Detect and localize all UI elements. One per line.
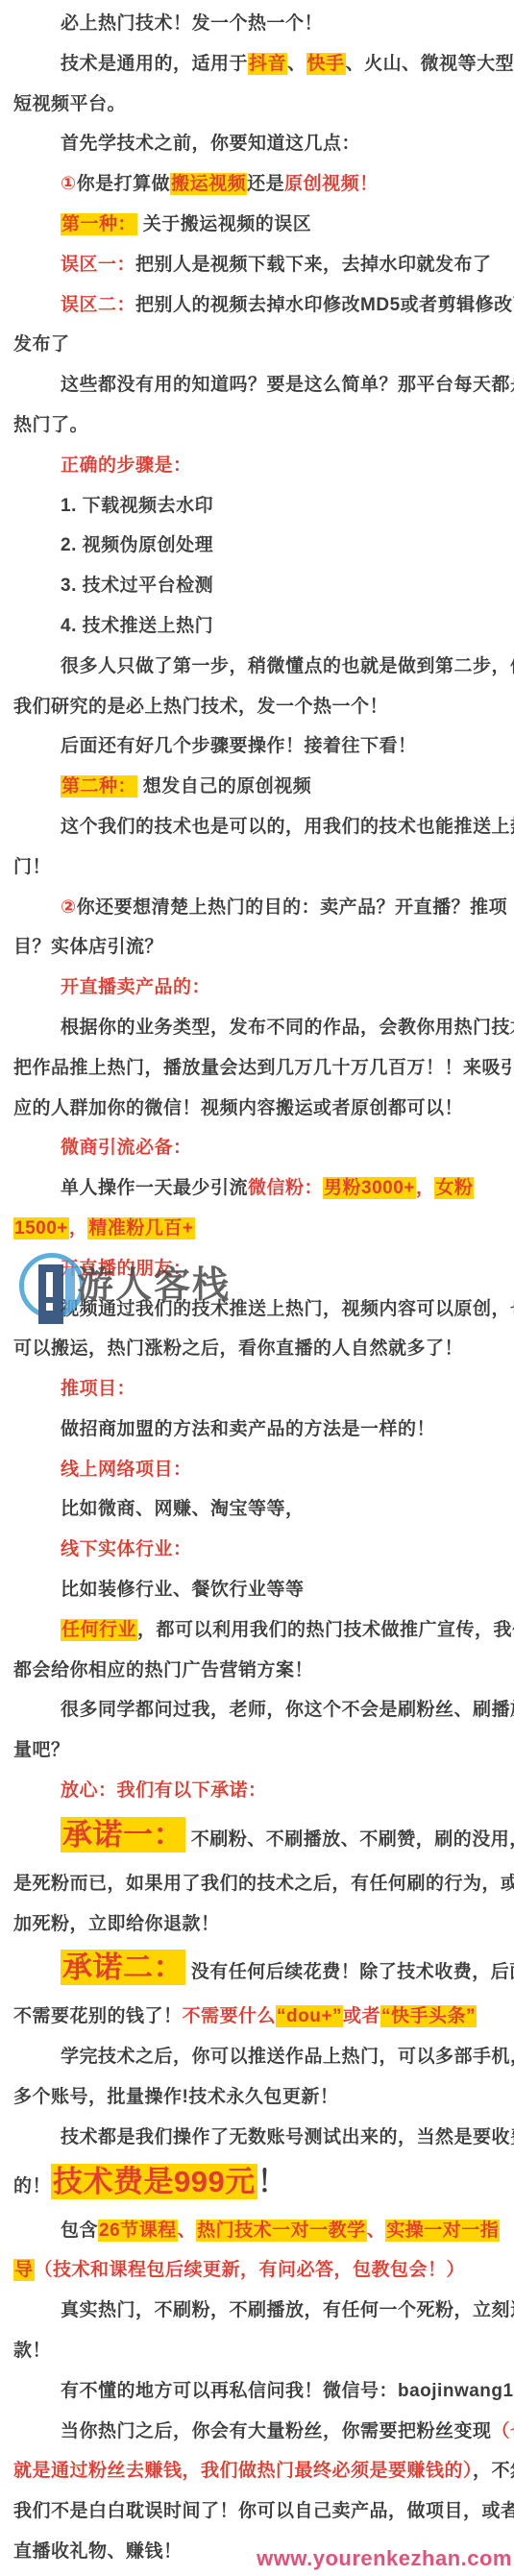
text-segment: 不刷粉、不刷播放、不刷赞，刷的没用，都 bbox=[185, 1829, 514, 1850]
text-line: 我们不是白白耽误时间了！你可以自己卖产品，做项目，或者开 bbox=[0, 2491, 514, 2532]
text-line: 1. 下载视频去水印 bbox=[0, 486, 514, 527]
text-line: 技术是通用的，适用于抖音、快手、火山、微视等大型 bbox=[0, 44, 514, 85]
text-segment: （也 bbox=[492, 2421, 514, 2441]
text-line: 比如装修行业、餐饮行业等等 bbox=[0, 1570, 514, 1610]
text-segment: 技术费是999元 bbox=[51, 2164, 257, 2199]
text-segment: 技术是通用的，适用于 bbox=[61, 54, 248, 74]
text-segment: 、 bbox=[178, 2220, 197, 2241]
text-segment: 短视频平台。 bbox=[13, 94, 126, 114]
text-line: ②你还要想清楚上热门的目的：卖产品？开直播？推项 bbox=[0, 888, 514, 928]
text-line: 我们研究的是必上热门技术，发一个热一个！ bbox=[0, 687, 514, 727]
text-line: 开直播卖产品的： bbox=[0, 968, 514, 1008]
text-segment: 这些都没有用的知道吗？要是这么简单？那平台每天都是 bbox=[61, 375, 514, 395]
text-line: 学完技术之后，你可以推送作品上热门，可以多部手机， bbox=[0, 2037, 514, 2077]
text-segment: 任何行业 bbox=[61, 1619, 137, 1641]
watermark-logo-light-bar-icon bbox=[65, 1268, 75, 1311]
text-segment: （技术和课程包后续更新，有问必答，包教包会！） bbox=[35, 2260, 466, 2280]
text-line: 不需要花别的钱了！不需要什么“dou+”或者“快手头条” bbox=[0, 1997, 514, 2037]
text-segment: 2. 视频伪原创处理 bbox=[61, 535, 213, 555]
text-segment: 的！ bbox=[13, 2176, 51, 2196]
text-segment: 承诺二： bbox=[61, 1950, 185, 1985]
article-page: { "page": {"width": 535, "height": 2681,… bbox=[0, 0, 514, 2576]
text-segment: 量吧？ bbox=[13, 1740, 70, 1760]
text-segment: 直播收礼物、赚钱！ bbox=[13, 2541, 183, 2562]
text-line: 放心：我们有以下承诺： bbox=[0, 1771, 514, 1811]
text-segment: 误区二： bbox=[61, 295, 135, 315]
text-segment: 真实热门，不刷粉，不刷播放，有任何一个死粉，立刻退 bbox=[61, 2300, 514, 2320]
text-line: 就是通过粉丝去赚钱，我们做热门最终必须是要赚钱的），不然 bbox=[0, 2451, 514, 2491]
text-line: 单人操作一天最少引流微信粉：男粉3000+，女粉 bbox=[0, 1168, 514, 1209]
text-segment: 你还要想清楚上热门的目的：卖产品？开直播？推项 bbox=[77, 897, 508, 918]
text-line: 推项目： bbox=[0, 1369, 514, 1410]
text-segment: 不需要花别的钱了！ bbox=[13, 2006, 183, 2026]
text-segment: 根据你的业务类型，发布不同的作品，会教你用热门技术 bbox=[61, 1018, 514, 1038]
text-line: 导（技术和课程包后续更新，有问必答，包教包会！） bbox=[0, 2250, 514, 2291]
text-segment: 第一种： bbox=[61, 213, 137, 235]
text-segment: ， bbox=[69, 1218, 88, 1239]
text-segment: 门！ bbox=[13, 857, 51, 877]
text-segment: 原创视频！ bbox=[284, 174, 379, 194]
watermark-exclamation-dot-icon bbox=[46, 1303, 53, 1311]
text-segment: 承诺一： bbox=[61, 1817, 185, 1852]
text-segment: 把作品推上热门，播放量会达到几万几十万几百万！！来吸引对 bbox=[13, 1058, 514, 1078]
watermark: 游人客栈 bbox=[17, 1247, 267, 1339]
text-segment: 女粉 bbox=[434, 1177, 474, 1199]
text-segment: “快手头条” bbox=[380, 2005, 477, 2027]
text-segment: 误区一： bbox=[61, 255, 135, 275]
text-segment: 抖音 bbox=[248, 53, 287, 75]
text-segment: 可以搬运，热门涨粉之后，看你直播的人自然就多了！ bbox=[13, 1338, 463, 1359]
text-segment: 放心：我们有以下承诺： bbox=[61, 1780, 267, 1801]
text-segment: 精准粉几百+ bbox=[87, 1217, 194, 1239]
text-line: 承诺二： 没有任何后续花费！除了技术收费，后面就 bbox=[0, 1944, 514, 1997]
text-segment: 开直播卖产品的： bbox=[61, 977, 210, 997]
text-segment: 线上网络项目： bbox=[61, 1460, 192, 1480]
text-segment: 没有任何后续花费！除了技术收费，后面就 bbox=[185, 1962, 514, 1982]
text-line: 多个账号，批量操作!技术永久包更新！ bbox=[0, 2077, 514, 2118]
text-segment: 快手 bbox=[306, 53, 346, 75]
text-segment: 线下实体行业： bbox=[61, 1539, 192, 1559]
text-segment: 这个我们的技术也是可以的，用我们的技术也能推送上热 bbox=[61, 817, 514, 837]
text-line: 发布了 bbox=[0, 325, 514, 365]
text-line: 很多人只做了第一步，稍微懂点的也就是做到第二步，但 bbox=[0, 647, 514, 687]
text-segment: 把别人是视频下载下来，去掉水印就发布了 bbox=[135, 255, 492, 275]
text-line: 根据你的业务类型，发布不同的作品，会教你用热门技术 bbox=[0, 1008, 514, 1048]
text-segment: “dou+” bbox=[276, 2005, 343, 2027]
text-segment: 首先学技术之前，你要知道这几点： bbox=[61, 134, 360, 154]
text-line: 线下实体行业： bbox=[0, 1530, 514, 1570]
text-segment: 多个账号，批量操作!技术永久包更新！ bbox=[13, 2087, 338, 2107]
text-line: 是死粉而已，如果用了我们的技术之后，有任何刷的行为，或者 bbox=[0, 1864, 514, 1904]
text-line: 把作品推上热门，播放量会达到几万几十万几百万！！来吸引对 bbox=[0, 1048, 514, 1089]
text-line: 4. 技术推送上热门 bbox=[0, 606, 514, 647]
text-segment: 当你热门之后，你会有大量粉丝，你需要把粉丝变现 bbox=[61, 2421, 492, 2441]
text-segment: 1. 下载视频去水印 bbox=[61, 496, 213, 516]
text-segment: 技术都是我们操作了无数账号测试出来的，当然是要收费 bbox=[61, 2127, 514, 2147]
text-line: 量吧？ bbox=[0, 1730, 514, 1771]
text-line: 款！ bbox=[0, 2331, 514, 2371]
text-segment: 加死粉，立即给你退款！ bbox=[13, 1914, 220, 1934]
text-line: 后面还有好几个步骤要操作！接着往下看！ bbox=[0, 726, 514, 767]
text-line: 做招商加盟的方法和卖产品的方法是一样的！ bbox=[0, 1410, 514, 1450]
text-segment: 很多同学都问过我，老师，你这个不会是刷粉丝、刷播放 bbox=[61, 1700, 514, 1720]
text-segment: 比如装修行业、餐饮行业等等 bbox=[61, 1580, 305, 1600]
text-segment: 微信粉： bbox=[248, 1178, 323, 1198]
text-segment: 关于搬运视频的误区 bbox=[137, 214, 311, 234]
watermark-exclamation-icon bbox=[46, 1272, 53, 1297]
text-segment: 、 bbox=[287, 54, 306, 74]
text-segment: 想发自己的原创视频 bbox=[137, 776, 311, 797]
text-line: 热门了。 bbox=[0, 405, 514, 446]
text-line: ①你是打算做搬运视频还是原创视频！ bbox=[0, 164, 514, 205]
text-line: 短视频平台。 bbox=[0, 85, 514, 125]
text-segment: ， bbox=[416, 1178, 435, 1198]
text-segment: 很多人只做了第一步，稍微懂点的也就是做到第二步，但 bbox=[61, 656, 514, 676]
text-line: 比如微商、网赚、淘宝等等， bbox=[0, 1489, 514, 1530]
text-segment: ！ bbox=[257, 2165, 288, 2198]
watermark-text: 游人客栈 bbox=[77, 1255, 231, 1308]
text-segment: 男粉3000+ bbox=[323, 1177, 416, 1199]
text-segment: 款！ bbox=[13, 2341, 51, 2361]
text-segment: 微商引流必备： bbox=[61, 1138, 192, 1158]
text-line: 真实热门，不刷粉，不刷播放，有任何一个死粉，立刻退 bbox=[0, 2291, 514, 2331]
text-segment: 必上热门技术！发一个热一个！ bbox=[61, 13, 323, 34]
text-line: 微商引流必备： bbox=[0, 1128, 514, 1168]
text-segment: 包含 bbox=[61, 2220, 98, 2241]
text-segment: 实操一对一指 bbox=[385, 2220, 500, 2242]
text-segment: 把别人的视频去掉水印修改MD5或者剪辑修改下就 bbox=[135, 295, 514, 315]
text-segment: ① bbox=[61, 174, 77, 194]
text-segment: 发布了 bbox=[13, 334, 70, 355]
text-line: 必上热门技术！发一个热一个！ bbox=[0, 4, 514, 44]
footer-website-url: www.yourenkezhan.com bbox=[257, 2546, 512, 2571]
text-segment: 目？实体店引流？ bbox=[13, 937, 163, 957]
text-segment: 热门技术一对一教学 bbox=[196, 2220, 367, 2242]
text-line: 正确的步骤是： bbox=[0, 446, 514, 486]
text-line: 目？实体店引流？ bbox=[0, 927, 514, 968]
text-segment: 我们不是白白耽误时间了！你可以自己卖产品，做项目，或者开 bbox=[13, 2501, 514, 2521]
text-segment: 比如微商、网赚、淘宝等等， bbox=[61, 1499, 305, 1519]
text-line: 承诺一： 不刷粉、不刷播放、不刷赞，刷的没用，都 bbox=[0, 1811, 514, 1864]
text-segment: 26节课程 bbox=[98, 2220, 178, 2242]
text-segment: ，不然 bbox=[473, 2461, 514, 2481]
text-segment: 就是通过粉丝去赚钱，我们做热门最终必须是要赚钱的） bbox=[13, 2461, 473, 2481]
text-line: 有不懂的地方可以再私信问我！微信号：baojinwang120 bbox=[0, 2371, 514, 2412]
text-segment: 不需要什么 bbox=[183, 2006, 277, 2026]
text-segment: 4. 技术推送上热门 bbox=[61, 616, 213, 636]
text-line: 2. 视频伪原创处理 bbox=[0, 526, 514, 566]
text-segment: 做招商加盟的方法和卖产品的方法是一样的！ bbox=[61, 1419, 435, 1439]
text-segment: 是死粉而已，如果用了我们的技术之后，有任何刷的行为，或者 bbox=[13, 1874, 514, 1894]
text-segment: 有不懂的地方可以再私信问我！微信号：baojinwang120 bbox=[61, 2381, 514, 2401]
text-line: 包含26节课程、热门技术一对一教学、实操一对一指 bbox=[0, 2211, 514, 2251]
text-segment: 我们研究的是必上热门技术，发一个热一个！ bbox=[13, 697, 388, 717]
text-line: 都会给你相应的热门广告营销方案！ bbox=[0, 1651, 514, 1691]
text-line: 首先学技术之前，你要知道这几点： bbox=[0, 124, 514, 164]
text-segment: 都会给你相应的热门广告营销方案！ bbox=[13, 1660, 313, 1681]
text-line: 当你热门之后，你会有大量粉丝，你需要把粉丝变现（也 bbox=[0, 2412, 514, 2452]
text-line: 技术都是我们操作了无数账号测试出来的，当然是要收费 bbox=[0, 2118, 514, 2158]
text-segment: 第二种： bbox=[61, 775, 137, 797]
text-segment: 或者 bbox=[343, 2006, 380, 2026]
text-line: 任何行业，都可以利用我们的热门技术做推广宣传，我们 bbox=[0, 1610, 514, 1651]
text-segment: ② bbox=[61, 897, 77, 918]
text-segment: 还是 bbox=[247, 174, 284, 194]
text-line: 这些都没有用的知道吗？要是这么简单？那平台每天都是 bbox=[0, 365, 514, 405]
text-line: 第二种： 想发自己的原创视频 bbox=[0, 767, 514, 807]
text-line: 线上网络项目： bbox=[0, 1450, 514, 1490]
text-segment: 导 bbox=[13, 2259, 35, 2281]
text-segment: 3. 技术过平台检测 bbox=[61, 576, 213, 596]
text-segment: ，都可以利用我们的热门技术做推广宣传，我们 bbox=[137, 1620, 514, 1640]
text-line: 3. 技术过平台检测 bbox=[0, 566, 514, 606]
text-segment: 学完技术之后，你可以推送作品上热门，可以多部手机， bbox=[61, 2047, 514, 2067]
text-segment: 推项目： bbox=[61, 1379, 135, 1399]
text-line: 这个我们的技术也是可以的，用我们的技术也能推送上热 bbox=[0, 807, 514, 847]
text-segment: 、火山、微视等大型 bbox=[346, 54, 514, 74]
text-segment: 、 bbox=[367, 2220, 386, 2241]
text-segment: 1500+ bbox=[13, 1217, 69, 1239]
text-segment: 正确的步骤是： bbox=[61, 455, 192, 476]
text-segment: 搬运视频 bbox=[170, 173, 247, 195]
text-line: 的！技术费是999元！ bbox=[0, 2158, 514, 2211]
text-line: 很多同学都问过我，老师，你这个不会是刷粉丝、刷播放 bbox=[0, 1690, 514, 1730]
text-line: 1500+，精准粉几百+ bbox=[0, 1209, 514, 1249]
text-line: 应的人群加你的微信！视频内容搬运或者原创都可以！ bbox=[0, 1089, 514, 1129]
text-line: 误区一：把别人是视频下载下来，去掉水印就发布了 bbox=[0, 245, 514, 285]
text-segment: 应的人群加你的微信！视频内容搬运或者原创都可以！ bbox=[13, 1098, 463, 1118]
text-segment: 你是打算做 bbox=[77, 174, 171, 194]
text-line: 第一种： 关于搬运视频的误区 bbox=[0, 205, 514, 245]
text-line: 门！ bbox=[0, 847, 514, 888]
text-segment: 后面还有好几个步骤要操作！接着往下看！ bbox=[61, 736, 417, 756]
text-segment: 热门了。 bbox=[13, 415, 88, 435]
text-segment: 单人操作一天最少引流 bbox=[61, 1178, 248, 1198]
text-line: 误区二：把别人的视频去掉水印修改MD5或者剪辑修改下就 bbox=[0, 285, 514, 326]
text-line: 加死粉，立即给你退款！ bbox=[0, 1904, 514, 1945]
